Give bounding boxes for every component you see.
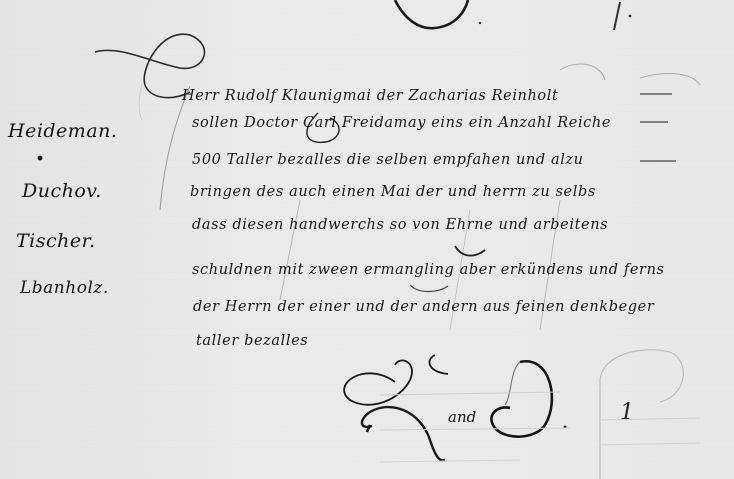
margin-name-4: Lbanholz.: [20, 278, 109, 298]
manuscript-page: Heideman. Duchov. Tischer. Lbanholz. Her…: [0, 0, 734, 479]
margin-name-2: Duchov.: [22, 180, 102, 202]
body-line-8: taller bezalles: [196, 333, 308, 349]
body-line-4: bringen des auch einen Mai der und herrn…: [190, 184, 596, 200]
margin-name-1: Heideman.: [8, 120, 117, 142]
margin-name-3: Tischer.: [16, 230, 96, 252]
body-line-1: Herr Rudolf Klaunigmai der Zacharias Rei…: [182, 88, 558, 104]
signature-text: and: [448, 408, 476, 426]
body-line-7: der Herrn der einer und der andern aus f…: [193, 299, 654, 315]
body-line-5: dass diesen handwerchs so von Ehrne und …: [192, 217, 608, 233]
folio-number: 1: [620, 400, 634, 425]
body-line-6: schuldnen mit zween ermangling aber erkü…: [192, 262, 665, 278]
body-line-3: 500 Taller bezalles die selben empfahen …: [192, 152, 584, 168]
body-line-2: sollen Doctor Carl Freidamay eins ein An…: [192, 115, 611, 131]
